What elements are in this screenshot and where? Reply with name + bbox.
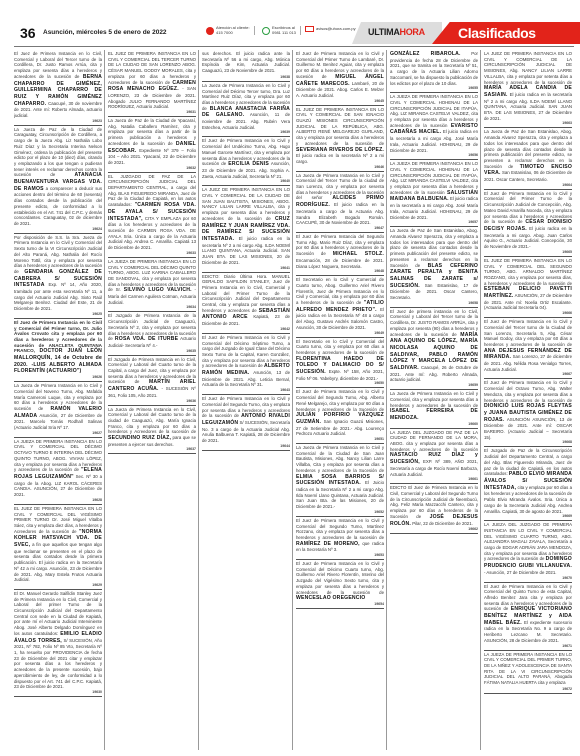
contact-value: avisos@uhora.com.py (316, 27, 356, 32)
phone-icon (206, 27, 214, 35)
classified-ad: El Juez de Primera Instancia en lo Civil… (296, 517, 384, 560)
classified-ad: El Juez de Primera Instancia en lo Civil… (202, 395, 290, 451)
classified-ad: LA JUEZA DE PRIMERA INSTANCIA EN LO CIVI… (14, 438, 102, 505)
classified-ad: EL JUEZ DE PRIMERA INSTANCIA EN LO CIVIL… (296, 106, 384, 172)
classified-ad: LA JUEZ DE PRIMERA INSTANCIA EN LO CIVIL… (202, 186, 290, 272)
classified-ad: El Juez de Primera Instancia en lo Civil… (296, 50, 384, 106)
ad-code: 19640 (202, 179, 290, 183)
ad-code: 19646 (296, 165, 384, 169)
ad-code: 19654 (296, 602, 384, 606)
ad-code: 19627 (14, 431, 102, 435)
ad-decedent-name: RAMÍREZ DE MORENO, (296, 541, 360, 547)
classified-ad: La Jueza de Primera Instancia en lo Civi… (14, 382, 102, 438)
ad-code: 19669 (484, 514, 572, 518)
classified-ad: EL JUEZ DE PRIMERA INSTANCIA EN LO CIVIL… (108, 50, 196, 117)
ad-text: LA JUEZ DE PRIMERA INSTANCIA EN LO CIVIL… (484, 51, 572, 85)
classified-ad: sus derechos. El juicio radica ante la S… (202, 50, 290, 82)
ad-code: 19662 (390, 527, 478, 531)
ad-decedent-name: SECUNDINO RUIZ DÍAZ, (108, 435, 171, 441)
classified-ad: El Juzgado de Paz de la Circunscripción … (484, 447, 572, 521)
column-5: GONZÁLEZ RIBAROLA. Por providencia de fe… (390, 50, 481, 750)
classified-ad: LA JUEZA DEL JUZGADO DE PRIMERA INSTANCI… (484, 521, 572, 582)
classified-ad: EL JUEZ DE PRIMERA INSTANCIA EN LO CIVIL… (14, 505, 102, 590)
ad-code: 19659 (390, 383, 478, 387)
whatsapp-icon (262, 27, 270, 35)
ad-code: 19625 (14, 312, 102, 316)
ad-code: 19664 (484, 183, 572, 187)
ad-text: S/ SUCESIÓN, Año 2021, Nº 782, Folio Nº … (14, 638, 102, 690)
classified-ad: La Jueza de Primera Instancia en lo Civi… (108, 406, 196, 455)
ad-decedent-name: WENCESLAO OREGENCIO (296, 595, 365, 601)
classified-ad: LA JUEZA DEL JUZGADO DE PAZ DE LA CIUDAD… (390, 429, 478, 485)
classified-ad: El Juez de Primera Instancia en lo Civil… (296, 388, 384, 444)
column-1: El Juez de Primera Instancia en lo Civil… (14, 50, 105, 750)
ad-text: El Juez de Primera Instancia en lo Civil… (296, 389, 384, 411)
classified-ad: EDICTO: Diario Última Hora. MANUEL GERAL… (202, 273, 290, 334)
ad-decedent-name: GONZÁLEZ RIBAROLA. (390, 51, 461, 57)
classified-ad: La Jueza de Paz de San Estanislao, Abog.… (484, 128, 572, 189)
ad-code: 19650 (296, 381, 384, 385)
classified-ad: El Juez de Primera Instancia en lo Civil… (202, 137, 290, 186)
contact-value: 415 7000 (216, 30, 233, 35)
classified-ad: LA JUEZA DE PRIMERA INSTANCIA EN LO CIVI… (108, 258, 196, 313)
classified-ad: La Jueza de Paz de la Ciudad de Caraguat… (14, 126, 102, 234)
classified-ad: La Jueza de Primera Instancia en lo Civi… (390, 390, 478, 429)
ad-code: 19670 (484, 576, 572, 580)
ad-code: 19666 (484, 311, 572, 315)
ad-code: 19648 (296, 269, 384, 273)
classified-ad: El Juez de Primera Instancia en lo Civil… (14, 319, 102, 382)
ad-code: 19671 (484, 644, 572, 648)
classified-ad: La Jueza de Primera Instancia en lo Civi… (296, 172, 384, 233)
classified-ad: El Juzgado de Primera Instancia en lo Ci… (108, 356, 196, 406)
classified-ad: EDICTO El Juez de Primera Instancia en l… (390, 484, 478, 534)
classified-ad: El Dr. Manuel Gerardo Saifildin Stanley … (14, 590, 102, 697)
ad-code: 19637 (108, 447, 196, 451)
ad-decedent-name: ISABEL FERREIRA DE MENDOZA. (390, 408, 478, 421)
classified-ad: El Juez de primera instancia en lo Civil… (390, 308, 478, 390)
column-6: LA JUEZ DE PRIMERA INSTANCIA EN LO CIVIL… (484, 50, 574, 750)
publication-date: Asunción, miércoles 5 de enero de 2022 (43, 29, 167, 36)
ad-code: 19658 (390, 301, 478, 305)
classified-ad: La Jueza de Paz de San Estanislao, Abog.… (390, 227, 478, 307)
classified-ad: El Juez de Primera Instancia en lo Civil… (484, 583, 572, 651)
ad-code: 19633 (108, 251, 196, 255)
ad-code: 19663 (484, 121, 572, 125)
ad-text: LA JUEZA DEL JUZGADO DE PAZ DE LA CIUDAD… (390, 430, 478, 452)
ad-code: 19634 (108, 305, 196, 309)
classified-ad: LA JUEZ DE PRIMERA INSTANCIA EN LO CIVIL… (484, 50, 572, 128)
ad-code: 19661 (390, 477, 478, 481)
mail-icon (305, 26, 314, 32)
ad-code: 19656 (390, 153, 478, 157)
ad-text: El Dr. Manuel Gerardo Saifildin Stanley … (14, 591, 102, 636)
ad-text: a fin que aquellos que tengan algo que r… (14, 542, 102, 582)
ad-code: 19665 (484, 250, 572, 254)
ad-text: El Secretario en lo Civil y Comercial de… (296, 339, 384, 355)
ad-code: 19628 (14, 498, 102, 502)
classified-ad: El Juez de Primera Instancia en lo Civil… (296, 560, 384, 609)
ad-text: Pilar, 22 de Diciembre de 2021. (412, 521, 473, 526)
ad-code: 19649 (296, 331, 384, 335)
ad-code: 19638 (202, 75, 290, 79)
classified-ad: La Jueza de Primera Instancia en lo Civi… (296, 444, 384, 517)
ad-code: 19623 (14, 119, 102, 123)
ad-decedent-name: ERCILIA DENIS (228, 161, 269, 167)
ad-code: 19629 (14, 583, 102, 587)
ad-text: La Jueza de Paz de la Ciudad de Caraguat… (14, 127, 102, 178)
classified-ad: El Secretario en lo Civil y Comercial de… (296, 276, 384, 337)
ad-code: 19636 (108, 399, 196, 403)
ad-text: - Asunción, 27 de Diciembre de 2021. (484, 570, 556, 575)
ad-code: 19643 (202, 388, 290, 392)
ad-text: El Juez de Primera Instancia en lo Civil… (296, 518, 384, 540)
ad-text: Encarnación, 28 de Diciembre de 2021. Di… (296, 258, 384, 269)
classified-ad: EL JUZGADO DE PAZ DE LA CIRCUNSCRIPCIÓN … (108, 173, 196, 258)
classified-ad: Por disposición de S.S. la Sra. Jueza de… (14, 234, 102, 319)
contact-email[interactable]: avisos@uhora.com.py (305, 26, 360, 32)
contact-customer-service[interactable]: Atención al cliente:415 7000 (206, 26, 255, 35)
ad-text: La Jueza de Primera Instancia en lo Civi… (296, 445, 384, 473)
ad-code: 19652 (296, 510, 384, 514)
classified-ad: LA JUEZA DE PRIMERA INSTANCIA EN LO CIVI… (484, 651, 572, 694)
ad-code: 19645 (296, 99, 384, 103)
ad-decedent-name: ROSA VDA. DE ITURBE (115, 336, 178, 342)
ad-text: EL JUEZ DE PRIMERA INSTANCIA EN LO CIVIL… (484, 258, 572, 286)
column-3: sus derechos. El juicio radica ante la S… (202, 50, 293, 750)
ad-code: 19668 (484, 440, 572, 444)
classified-ad: EL JUEZ DE PRIMERA INSTANCIA EN LO CIVIL… (484, 257, 572, 318)
ad-code: 19626 (14, 375, 102, 379)
brand-logo: ULTIMAHORA (368, 27, 425, 37)
classified-ad: LA JUEZA DE PRIMERA INSTANCIA EN LO CIVI… (390, 93, 478, 160)
ad-decedent-name: SILVINO LUGO VALVICH. (124, 287, 192, 293)
column-4: El Juez de Primera Instancia en lo Civil… (296, 50, 387, 750)
ad-code: 19630 (14, 690, 102, 694)
ad-code: 19667 (484, 372, 572, 376)
classified-ad: El Juez de Primera Instancia del Segundo… (296, 233, 384, 276)
header-divider (14, 46, 574, 47)
classified-ad: La Jueza de Primera Instancia en lo Civi… (202, 82, 290, 138)
section-title: Clasificados (432, 22, 580, 44)
ad-code: 19644 (202, 444, 290, 448)
page-number: 36 (20, 25, 36, 41)
ad-code: 19631 (108, 110, 196, 114)
classified-ad: El Juez de Primera Instancia en lo Civil… (484, 190, 572, 257)
classified-ad: LA JUEZA DE PRIMERA INSTANCIA EN LO CIVI… (390, 160, 478, 227)
ad-code: 19651 (296, 437, 384, 441)
ad-text: El Juez de Primera Instancia en lo Civil… (296, 561, 384, 595)
classified-ad: El Juzgado de Primera Instancia de la Ci… (108, 312, 196, 355)
ad-code: 19624 (14, 227, 102, 231)
classified-ad: El Juez de Primera Instancia en lo Civil… (484, 379, 572, 447)
contact-value: 0981 111 013 (272, 30, 296, 35)
ad-code: 19660 (390, 422, 478, 426)
ad-text: El Juez de Primera Instancia en lo Civil… (484, 319, 572, 347)
ad-text: La Jueza de Primera Instancia en lo Civi… (390, 391, 478, 407)
classifieds-columns: El Juez de Primera Instancia en lo Civil… (14, 50, 574, 750)
ad-decedent-name: SEVERIANA RIVEROS DE LÓPEZ. (296, 147, 384, 153)
contact-whatsapp[interactable]: Escríbinos al0981 111 013 (262, 26, 301, 35)
classified-ad: La Jueza de Paz de la Ciudad de Ypacaraí… (108, 117, 196, 173)
column-2: EL JUEZ DE PRIMERA INSTANCIA EN LO CIVIL… (108, 50, 199, 750)
ad-text: La Jueza de Primera Instancia en lo Civi… (108, 407, 196, 435)
classified-ad: El Secretario en lo Civil y Comercial de… (296, 338, 384, 389)
ad-code: 19657 (390, 220, 478, 224)
classified-ad: GONZÁLEZ RIBAROLA. Por providencia de fe… (390, 50, 478, 93)
ad-text: EL JUEZ DE PRIMERA INSTANCIA EN LO CIVIL… (296, 107, 384, 146)
ad-text: El Juez de Primera Instancia en lo Civil… (484, 380, 572, 402)
ad-decedent-name: MICHAEL STOLZ. (333, 251, 384, 257)
ad-code: 19655 (390, 86, 478, 90)
ad-text: sus derechos. El juicio radica ante la S… (202, 51, 290, 73)
ad-code: 19641 (202, 266, 290, 270)
classified-ad: El Juez de Primera Instancia en lo Civil… (202, 334, 290, 395)
classified-ad: El Juez de Primera Instancia en lo Civil… (14, 50, 102, 126)
ad-code: 19647 (296, 226, 384, 230)
ad-text: LA JUEZA DE PRIMERA INSTANCIA EN LO CIVI… (484, 652, 572, 686)
ad-code: 19639 (202, 130, 290, 134)
ad-code: 19632 (108, 166, 196, 170)
ad-code: 19642 (202, 327, 290, 331)
ad-code: 19672 (484, 687, 572, 691)
ad-text: a comparecer a deducir sus acciones dent… (14, 186, 102, 226)
classified-ad: El Juez de Primera Instancia en lo Civil… (484, 318, 572, 379)
ad-text: El juicio radica en la secretaría Nº 2 a… (296, 153, 384, 164)
ad-code: 19653 (296, 553, 384, 557)
page-header: 36 Asunción, miércoles 5 de enero de 202… (0, 22, 580, 44)
ad-code: 19635 (108, 349, 196, 353)
